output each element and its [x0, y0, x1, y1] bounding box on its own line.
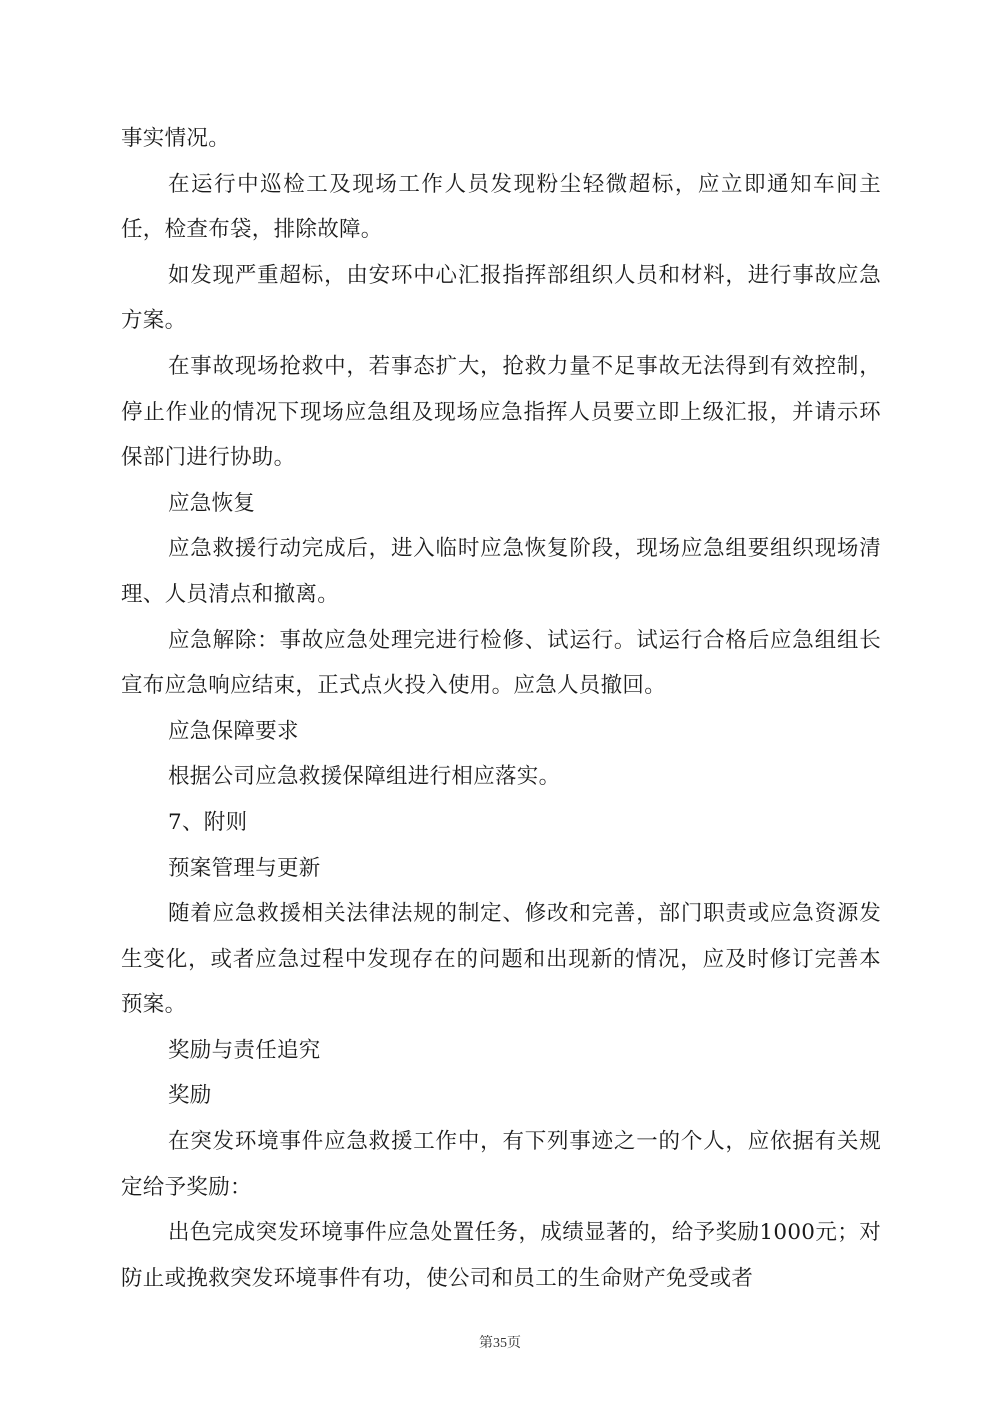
paragraph: 应急救援行动完成后，进入临时应急恢复阶段，现场应急组要组织现场清理、人员清点和撤…	[121, 526, 881, 617]
page-number: 第35页	[0, 1332, 1000, 1352]
paragraph: 事实情况。	[121, 116, 881, 162]
paragraph: 在事故现场抢救中，若事态扩大，抢救力量不足事故无法得到有效控制，停止作业的情况下…	[121, 344, 881, 481]
section-heading: 应急保障要求	[121, 709, 881, 755]
section-heading: 奖励与责任追究	[121, 1028, 881, 1074]
paragraph: 应急解除：事故应急处理完进行检修、试运行。试运行合格后应急组组长宣布应急响应结束…	[121, 618, 881, 709]
section-heading: 7、附则	[121, 800, 881, 846]
section-heading: 应急恢复	[121, 481, 881, 527]
document-body: 事实情况。 在运行中巡检工及现场工作人员发现粉尘轻微超标，应立即通知车间主任，检…	[121, 116, 881, 1301]
paragraph: 在突发环境事件应急救援工作中，有下列事迹之一的个人，应依据有关规定给予奖励：	[121, 1119, 881, 1210]
paragraph: 根据公司应急救援保障组进行相应落实。	[121, 754, 881, 800]
paragraph: 如发现严重超标，由安环中心汇报指挥部组织人员和材料，进行事故应急方案。	[121, 253, 881, 344]
section-heading: 奖励	[121, 1073, 881, 1119]
section-heading: 预案管理与更新	[121, 846, 881, 892]
paragraph: 出色完成突发环境事件应急处置任务，成绩显著的，给予奖励1000元；对防止或挽救突…	[121, 1210, 881, 1301]
paragraph: 在运行中巡检工及现场工作人员发现粉尘轻微超标，应立即通知车间主任，检查布袋，排除…	[121, 162, 881, 253]
paragraph: 随着应急救援相关法律法规的制定、修改和完善，部门职责或应急资源发生变化，或者应急…	[121, 891, 881, 1028]
